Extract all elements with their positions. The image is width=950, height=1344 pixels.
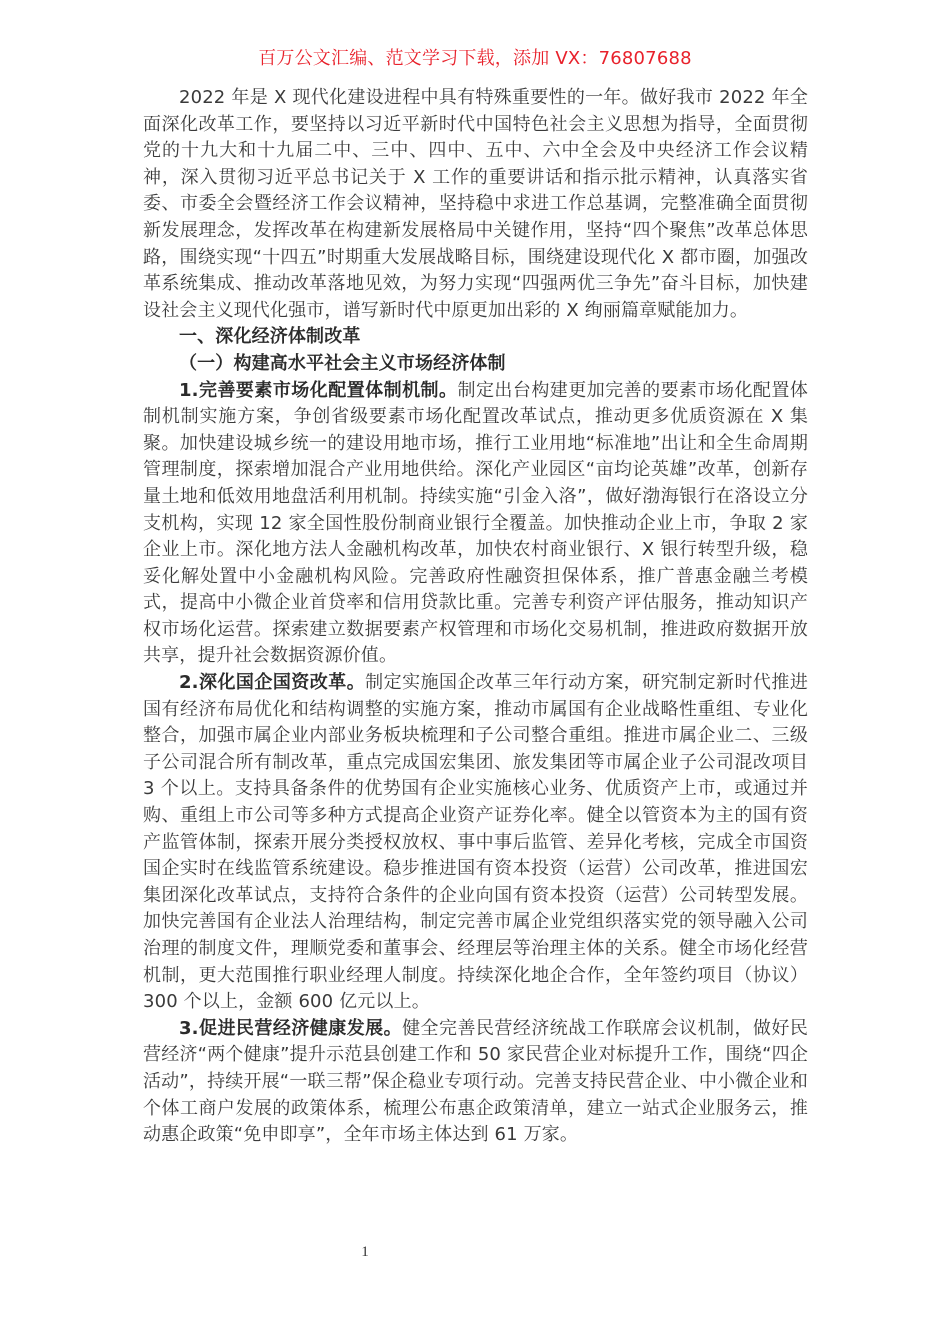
intro-paragraph: 2022 年是 X 现代化建设进程中具有特殊重要性的一年。做好我市 2022 年… [143,85,808,324]
subsection-heading: （一）构建高水平社会主义市场经济体制 [143,351,808,378]
watermark-banner: 百万公文汇编、范文学习下载，添加 VX：76807688 [0,46,950,72]
item-text: 制定实施国企改革三年行动方案，研究制定新时代推进国有经济布局优化和结构调整的实施… [143,672,808,1012]
item-lead: 3.促进民营经济健康发展。 [179,1018,402,1039]
item-lead: 1.完善要素市场化配置体制机制。 [179,380,457,401]
item-paragraph-3: 3.促进民营经济健康发展。健全完善民营经济统战工作联席会议机制，做好民营经济“两… [143,1016,808,1149]
item-lead: 2.深化国企国资改革。 [179,672,365,693]
item-paragraph-1: 1.完善要素市场化配置体制机制。制定出台构建更加完善的要素市场化配置体制机制实施… [143,378,808,671]
section-heading: 一、深化经济体制改革 [143,324,808,351]
page-number: 1 [355,1244,375,1261]
document-page: 百万公文汇编、范文学习下载，添加 VX：76807688 2022 年是 X 现… [0,0,950,1344]
item-paragraph-2: 2.深化国企国资改革。制定实施国企改革三年行动方案，研究制定新时代推进国有经济布… [143,670,808,1016]
document-body: 2022 年是 X 现代化建设进程中具有特殊重要性的一年。做好我市 2022 年… [143,85,808,1149]
item-text: 制定出台构建更加完善的要素市场化配置体制机制实施方案，争创省级要素市场化配置改革… [143,380,808,667]
